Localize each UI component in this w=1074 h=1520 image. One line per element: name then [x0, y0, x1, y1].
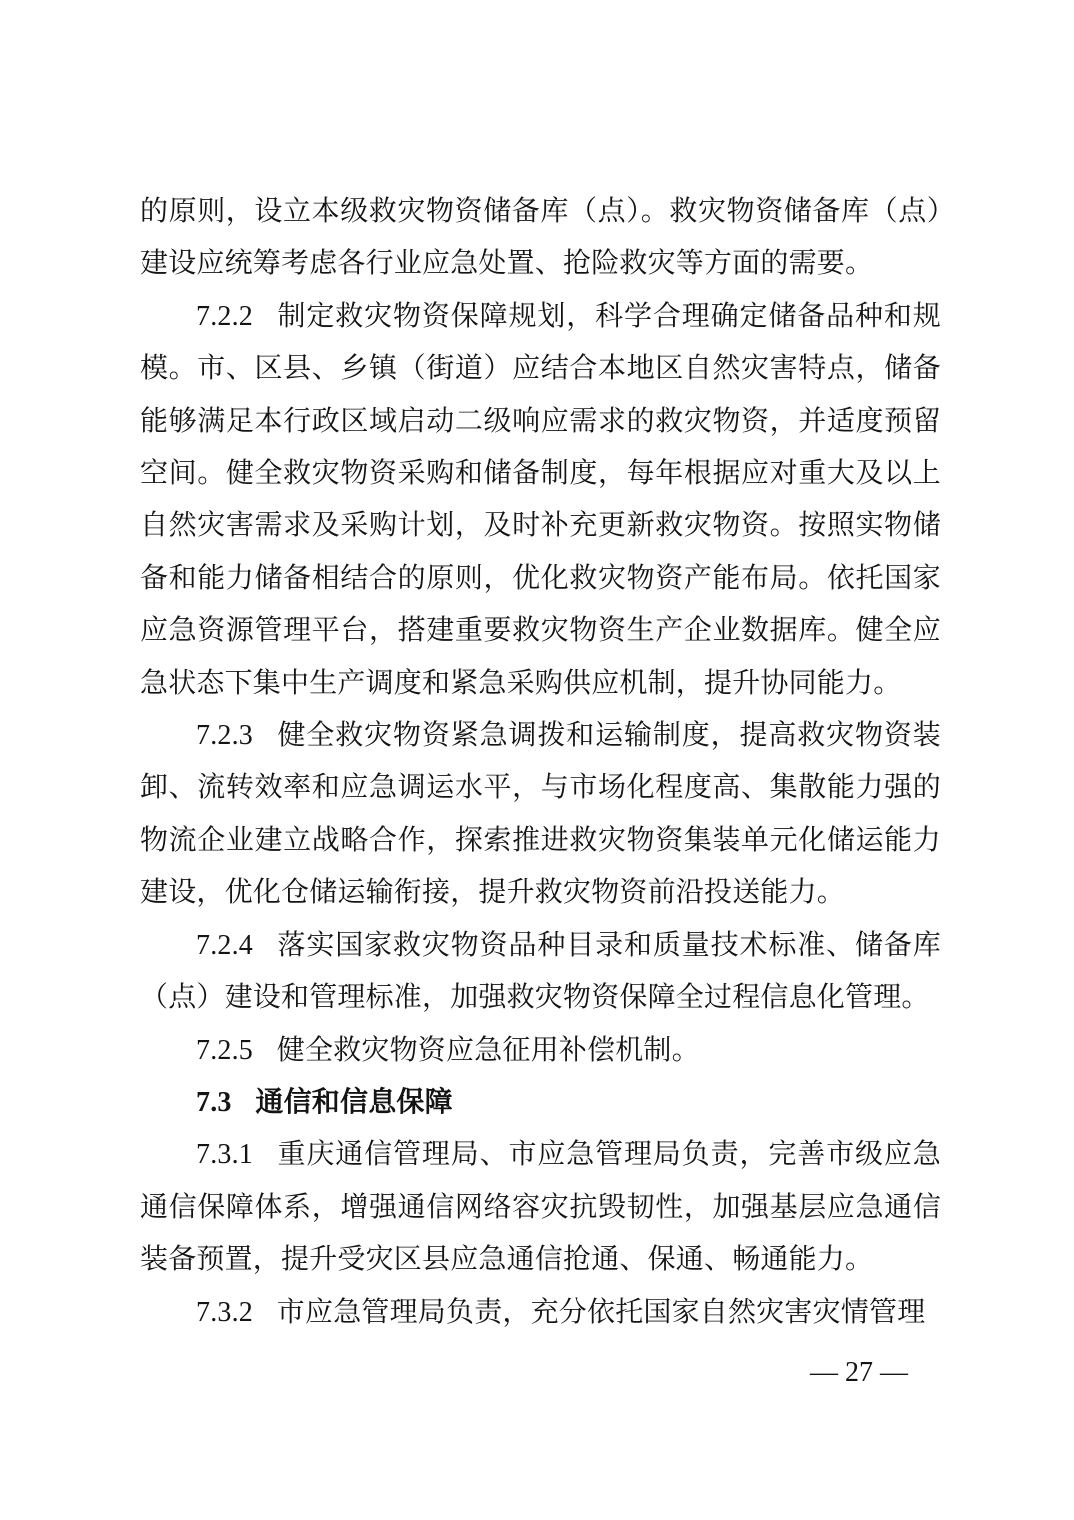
page-number: — 27 — — [810, 1357, 908, 1388]
paragraph-text: 健全救灾物资应急征用补偿机制。 — [277, 1035, 700, 1066]
section-7-2-4: 7.2.4落实国家救灾物资品种目录和质量技术标准、储备库（点）建设和管理标准，加… — [140, 920, 941, 1025]
section-7-3-1: 7.3.1重庆通信管理局、市应急管理局负责，完善市级应急通信保障体系，增强通信网… — [140, 1129, 941, 1286]
paragraph-text: 的原则，设立本级救灾物资储备库（点）。救灾物资储备库（点）建设应统筹考虑各行业应… — [140, 196, 941, 279]
page-footer: — 27 — — [140, 1351, 941, 1395]
section-7-2-2: 7.2.2制定救灾物资保障规划，科学合理确定储备品种和规模。市、区县、乡镇（街道… — [140, 291, 941, 710]
document-body: 的原则，设立本级救灾物资储备库（点）。救灾物资储备库（点）建设应统筹考虑各行业应… — [140, 186, 941, 1339]
paragraph-text: 市应急管理局负责，充分依托国家自然灾害灾情管理 — [277, 1297, 926, 1328]
section-7-3-2: 7.3.2市应急管理局负责，充分依托国家自然灾害灾情管理 — [140, 1287, 941, 1339]
section-number: 7.2.3 — [196, 720, 253, 751]
paragraph-text: 落实国家救灾物资品种目录和质量技术标准、储备库（点）建设和管理标准，加强救灾物资… — [140, 930, 941, 1013]
paragraph-text: 健全救灾物资紧急调拨和运输制度，提高救灾物资装卸、流转效率和应急调运水平，与市场… — [140, 720, 941, 908]
section-number: 7.2.2 — [196, 301, 253, 332]
paragraph-continuation: 的原则，设立本级救灾物资储备库（点）。救灾物资储备库（点）建设应统筹考虑各行业应… — [140, 186, 941, 291]
section-number: 7.2.5 — [196, 1035, 253, 1066]
section-number: 7.2.4 — [196, 930, 253, 961]
paragraph-text: 重庆通信管理局、市应急管理局负责，完善市级应急通信保障体系，增强通信网络容灾抗毁… — [140, 1139, 941, 1275]
document-page: 的原则，设立本级救灾物资储备库（点）。救灾物资储备库（点）建设应统筹考虑各行业应… — [0, 0, 1074, 1520]
section-number: 7.3 — [196, 1087, 232, 1118]
section-7-2-5: 7.2.5健全救灾物资应急征用补偿机制。 — [140, 1025, 941, 1077]
section-heading-text: 通信和信息保障 — [255, 1087, 452, 1118]
paragraph-text: 制定救灾物资保障规划，科学合理确定储备品种和规模。市、区县、乡镇（街道）应结合本… — [140, 301, 941, 699]
section-number: 7.3.2 — [196, 1297, 253, 1328]
section-7-2-3: 7.2.3健全救灾物资紧急调拨和运输制度，提高救灾物资装卸、流转效率和应急调运水… — [140, 710, 941, 920]
section-number: 7.3.1 — [196, 1139, 253, 1170]
section-heading-7-3: 7.3通信和信息保障 — [140, 1077, 941, 1129]
